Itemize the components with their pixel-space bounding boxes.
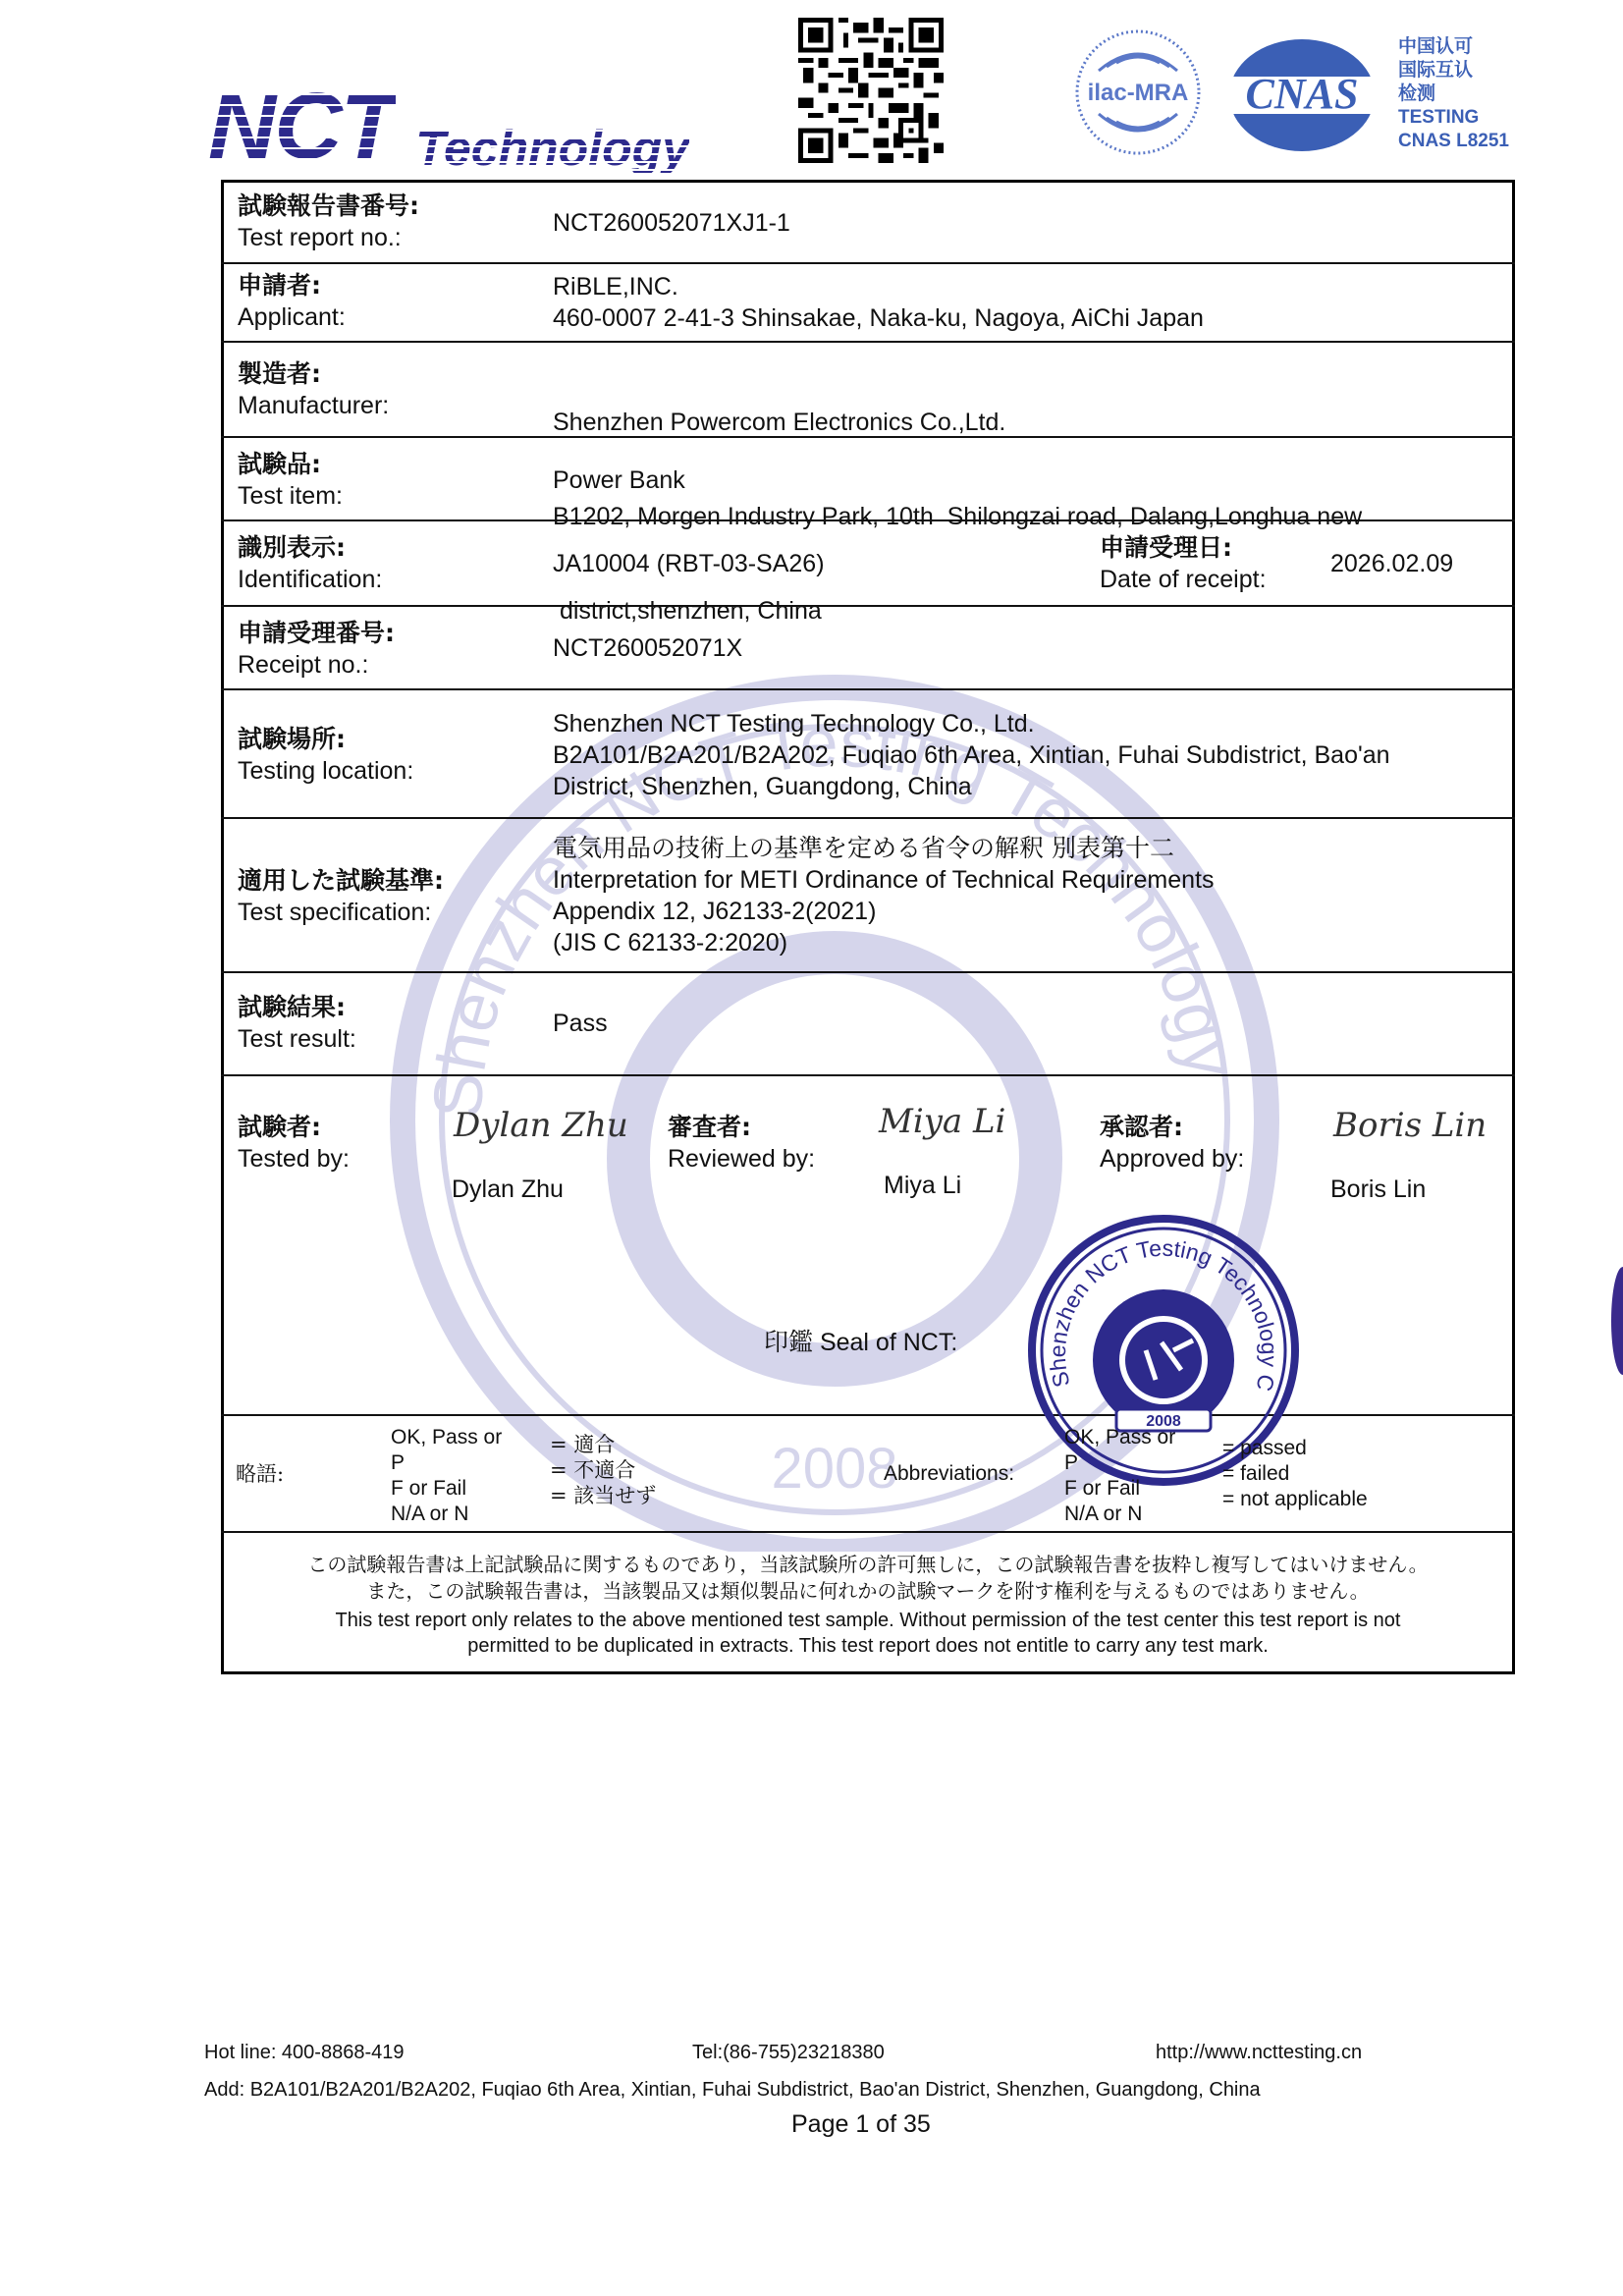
- applicant-label: 申請者: Applicant:: [238, 269, 346, 334]
- cnas-logo-icon: CNAS: [1227, 37, 1378, 153]
- reviewed-by-signature: Miya Li: [879, 1102, 1005, 1141]
- tested-by-label: 試験者: Tested by:: [238, 1111, 350, 1175]
- nct-technology-logo: NCT Technology: [208, 81, 689, 169]
- disclaimer-en-line-2: permitted to be duplicated in extracts. …: [221, 1633, 1515, 1659]
- test-item-value: Power Bank: [553, 465, 685, 496]
- abbreviations-label-en: Abbreviations:: [884, 1461, 1014, 1487]
- date-of-receipt-label: 申請受理日: Date of receipt:: [1100, 531, 1267, 596]
- cnas-caption-line: TESTING: [1398, 106, 1509, 130]
- row-divider: [221, 1414, 1515, 1416]
- tested-by-name: Dylan Zhu: [452, 1175, 564, 1204]
- testing-location-value: Shenzhen NCT Testing Technology Co., Ltd…: [553, 708, 1390, 802]
- seal-label: 印鑑 Seal of NCT:: [764, 1323, 957, 1358]
- disclaimer-en-line-1: This test report only relates to the abo…: [221, 1608, 1515, 1633]
- receipt-no-value: NCT260052071X: [553, 632, 742, 664]
- footer-website-link[interactable]: http://www.ncttesting.cn: [1156, 2041, 1362, 2064]
- abbreviations-label-jp: 略語:: [236, 1461, 284, 1487]
- row-divider: [221, 341, 1515, 343]
- footer-tel: Tel:(86-755)23218380: [692, 2041, 885, 2064]
- svg-text:ilac-MRA: ilac-MRA: [1088, 80, 1189, 106]
- footer-address: Add: B2A101/B2A201/B2A202, Fuqiao 6th Ar…: [204, 2078, 1261, 2102]
- abbreviation-meanings-jp: = 適合 = 不適合 = 該当せず: [550, 1432, 656, 1508]
- cnas-caption-line: 检测: [1398, 82, 1509, 106]
- row-divider: [221, 262, 1515, 264]
- row-divider: [221, 817, 1515, 819]
- row-divider: [221, 688, 1515, 690]
- report-no-value: NCT260052071XJ1-1: [553, 207, 790, 239]
- disclaimer-jp-line-1: この試験報告書は上記試験品に関するものであり，当該試験所の許可無しに，この試験報…: [221, 1552, 1515, 1577]
- cnas-accreditation-caption: 中国认可 国际互认 检测 TESTING CNAS L8251: [1398, 35, 1509, 153]
- test-result-value: Pass: [553, 1008, 608, 1039]
- manufacturer-label: 製造者: Manufacturer:: [238, 357, 389, 422]
- abbreviation-meanings-en: = passed = failed = not applicable: [1222, 1436, 1368, 1512]
- tested-by-signature: Dylan Zhu: [454, 1106, 628, 1145]
- report-no-label: 試験報告書番号: Test report no.:: [238, 190, 419, 254]
- svg-text:CNAS: CNAS: [1246, 70, 1359, 118]
- footer-hotline: Hot line: 400-8868-419: [204, 2041, 404, 2064]
- reviewed-by-label: 審査者: Reviewed by:: [668, 1111, 815, 1175]
- testing-location-label: 試験場所: Testing location:: [238, 723, 413, 788]
- reviewed-by-name: Miya Li: [884, 1172, 961, 1200]
- logo-technology-text: Technology: [415, 124, 689, 173]
- qr-code-icon: [798, 18, 944, 163]
- row-divider: [221, 1531, 1515, 1533]
- cnas-caption-line: CNAS L8251: [1398, 130, 1509, 153]
- identification-label: 識別表示: Identification:: [238, 531, 382, 596]
- approved-by-signature: Boris Lin: [1333, 1106, 1487, 1145]
- date-of-receipt-value: 2026.02.09: [1330, 548, 1453, 579]
- ilac-mra-logo-icon: ilac-MRA: [1073, 27, 1203, 157]
- test-specification-value: 電気用品の技術上の基準を定める省令の解釈 別表第十二 Interpretatio…: [553, 833, 1214, 958]
- receipt-no-label: 申請受理番号: Receipt no.:: [238, 617, 395, 682]
- cnas-caption-line: 中国认可: [1398, 35, 1509, 59]
- row-divider: [221, 971, 1515, 973]
- test-item-label: 試験品: Test item:: [238, 448, 343, 513]
- approved-by-label: 承認者: Approved by:: [1100, 1111, 1244, 1175]
- applicant-value: RiBLE,INC. 460-0007 2-41-3 Shinsakae, Na…: [553, 271, 1204, 334]
- disclaimer-jp-line-2: また，この試験報告書は，当該製品又は類似製品に何れかの試験マークを附す権利を与え…: [221, 1578, 1515, 1604]
- approved-by-name: Boris Lin: [1330, 1175, 1426, 1204]
- abbreviation-terms-jp: OK, Pass or P F or Fail N/A or N: [391, 1425, 502, 1527]
- manufacturer-value: Shenzhen Powercom Electronics Co.,Ltd. B…: [553, 344, 1362, 658]
- logo-nct-text: NCT: [208, 84, 396, 169]
- page-edge-tab: [1611, 1267, 1623, 1375]
- row-divider: [221, 1074, 1515, 1076]
- identification-value: JA10004 (RBT-03-SA26): [553, 548, 825, 579]
- page-number: Page 1 of 35: [791, 2110, 931, 2139]
- test-result-label: 試験結果: Test result:: [238, 991, 356, 1056]
- cnas-caption-line: 国际互认: [1398, 59, 1509, 82]
- test-specification-label: 適用した試験基準: Test specification:: [238, 864, 444, 929]
- abbreviation-terms-en: OK, Pass or P F or Fail N/A or N: [1064, 1425, 1175, 1527]
